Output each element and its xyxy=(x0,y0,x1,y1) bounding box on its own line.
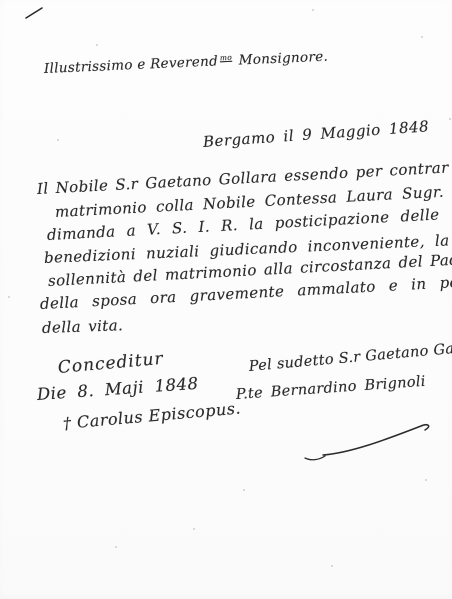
scan-speck xyxy=(57,139,59,141)
salutation-rest: Monsignore. xyxy=(234,49,329,69)
dateline: Bergamo il 9 Maggio 1848 xyxy=(202,117,429,151)
scan-speck xyxy=(243,489,245,491)
scan-speck xyxy=(331,565,333,567)
scan-speck xyxy=(8,296,10,298)
scan-speck xyxy=(96,44,98,46)
scan-speck xyxy=(312,9,314,11)
scanned-letter-page: Illustrissimo e Reverendmo Monsignore. B… xyxy=(0,0,452,599)
signature-flourish xyxy=(295,412,445,462)
scan-speck xyxy=(449,118,451,120)
scan-speck xyxy=(421,36,423,38)
scan-speck xyxy=(425,479,427,481)
approval-grant-word: Conceditur xyxy=(57,349,164,379)
bishop-signature: † Carolus Episcopus. xyxy=(62,398,242,433)
body-line: della vita. xyxy=(42,316,124,337)
approval-grant-date: Die 8. Maji 1848 xyxy=(36,374,199,405)
salutation-superscript: mo xyxy=(220,53,232,63)
salutation-line: Illustrissimo e Reverendmo Monsignore. xyxy=(44,49,329,78)
pen-stroke-mark xyxy=(24,6,44,20)
salutation-main: Illustrissimo e Reverend xyxy=(44,53,219,77)
scan-speck xyxy=(193,528,195,530)
petition-signature-line2: P.te Bernardino Brignoli xyxy=(235,374,426,405)
scan-speck xyxy=(115,546,117,548)
petition-signature-line1: Pel sudetto S.r Gaetano Gall. xyxy=(248,340,452,377)
